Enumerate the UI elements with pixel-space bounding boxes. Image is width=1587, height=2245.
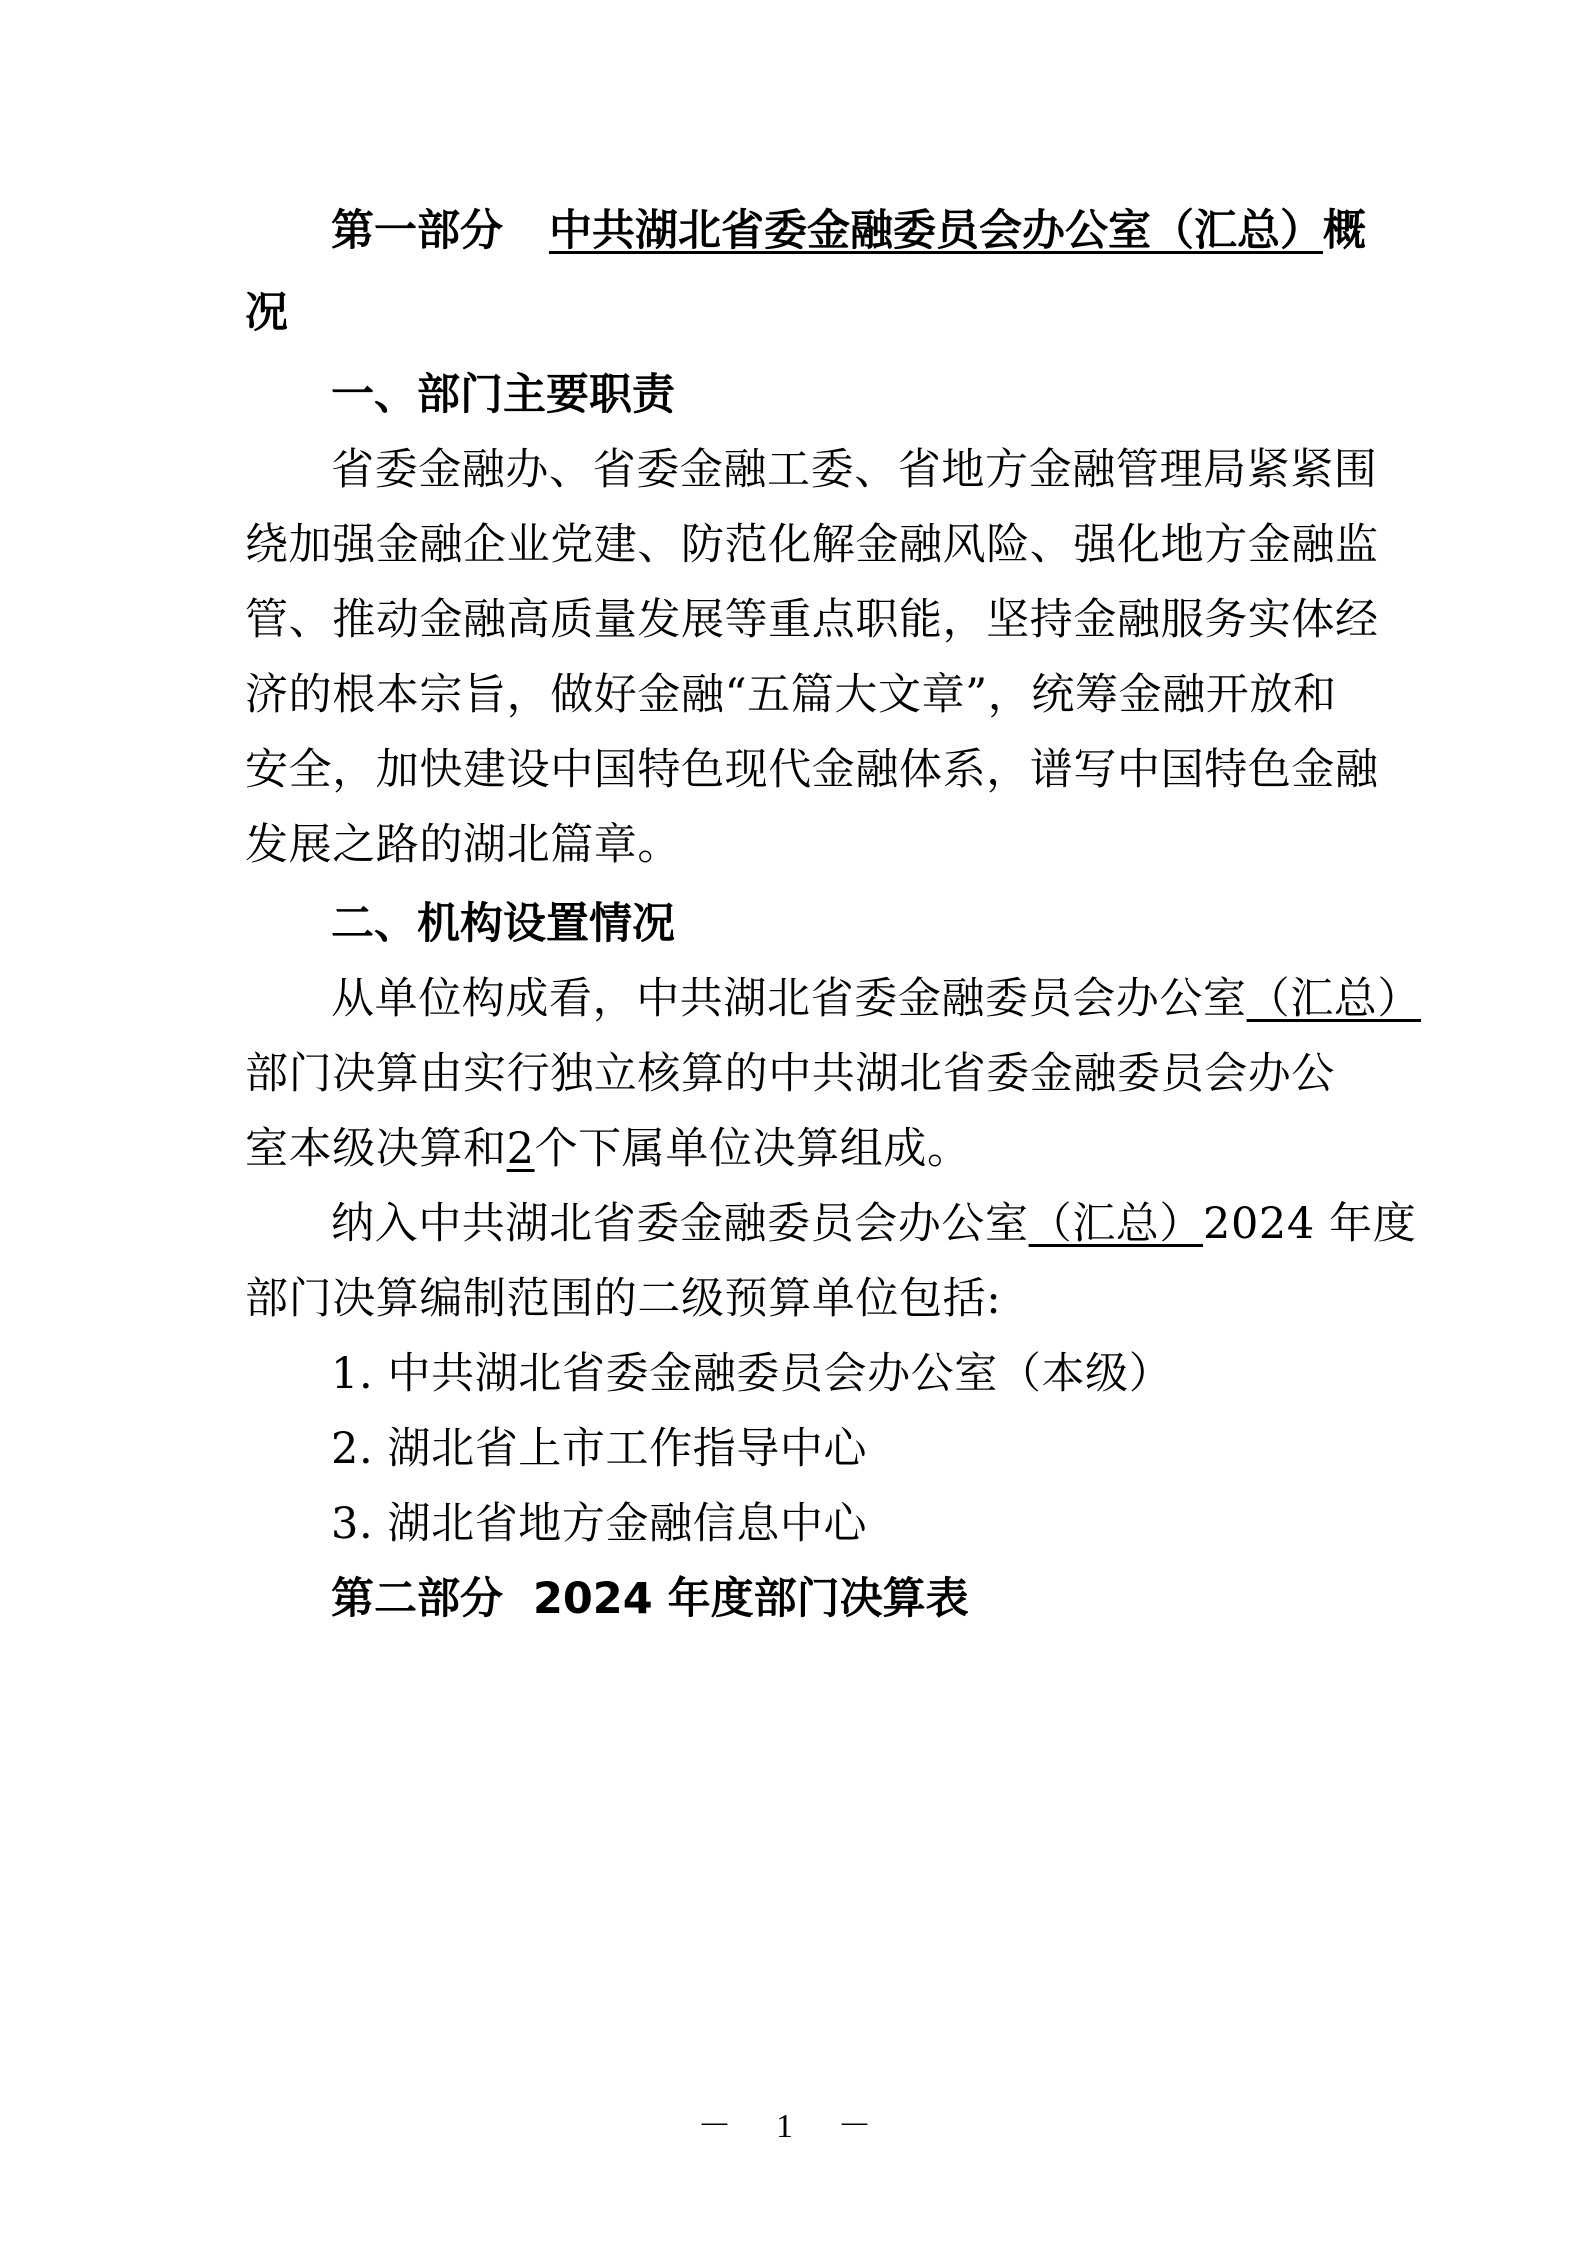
para2-text: 纳入中共湖北省委金融委员会办公室 xyxy=(331,1199,1029,1249)
part1-org-name: 中共湖北省委金融委员会办公室（汇总） xyxy=(549,206,1323,256)
section1-line: 发展之路的湖北篇章。 xyxy=(245,808,1345,883)
part1-suffix-1: 概 xyxy=(1323,206,1366,256)
section2-para1-line3: 室本级决算和2个下属单位决算组成。 xyxy=(245,1112,1345,1187)
section2-para1-line2: 部门决算由实行独立核算的中共湖北省委金融委员会办公 xyxy=(245,1037,1345,1112)
section1-heading: 一、部门主要职责 xyxy=(245,358,1345,433)
unit-list-item: 3. 湖北省地方金融信息中心 xyxy=(245,1487,1345,1562)
section1-line: 省委金融办、省委金融工委、省地方金融管理局紧紧围 xyxy=(245,433,1345,508)
section1-line: 安全，加快建设中国特色现代金融体系，谱写中国特色金融 xyxy=(245,733,1345,808)
section1-line: 绕加强金融企业党建、防范化解金融风险、强化地方金融监 xyxy=(245,508,1345,583)
para1-underlined: （汇总） xyxy=(1247,974,1421,1024)
part1-title-cont: 况 xyxy=(245,272,1345,354)
page-content: 第一部分 中共湖北省委金融委员会办公室（汇总）概 况 一、部门主要职责 省委金融… xyxy=(245,190,1345,1637)
part1-prefix: 第一部分 xyxy=(331,206,503,256)
section1-line: 济的根本宗旨，做好金融“五篇大文章”，统筹金融开放和 xyxy=(245,658,1345,733)
para2-underlined: （汇总） xyxy=(1029,1199,1203,1249)
subunit-count: 2 xyxy=(507,1124,535,1174)
section2-heading: 二、机构设置情况 xyxy=(245,887,1345,962)
section1-line: 管、推动金融高质量发展等重点职能，坚持金融服务实体经 xyxy=(245,583,1345,658)
part1-suffix-2: 况 xyxy=(245,288,288,338)
page-number: － 1 － xyxy=(0,2098,1587,2147)
section2-para2-line2: 部门决算编制范围的二级预算单位包括: xyxy=(245,1262,1345,1337)
para2-year: 2024 年度 xyxy=(1203,1199,1416,1249)
section2-para2-line1: 纳入中共湖北省委金融委员会办公室（汇总）2024 年度 xyxy=(245,1187,1345,1262)
para1-text: 从单位构成看，中共湖北省委金融委员会办公室 xyxy=(331,974,1247,1024)
unit-list-item: 1. 中共湖北省委金融委员会办公室（本级） xyxy=(245,1337,1345,1412)
para1-line3-after: 个下属单位决算组成。 xyxy=(535,1124,971,1174)
part2-heading: 第二部分 2024 年度部门决算表 xyxy=(245,1562,1345,1637)
document-page: 第一部分 中共湖北省委金融委员会办公室（汇总）概 况 一、部门主要职责 省委金融… xyxy=(0,0,1587,2245)
unit-list-item: 2. 湖北省上市工作指导中心 xyxy=(245,1412,1345,1487)
para1-line3-before: 室本级决算和 xyxy=(245,1124,507,1174)
section2-para1-line1: 从单位构成看，中共湖北省委金融委员会办公室（汇总） xyxy=(245,962,1345,1037)
part1-title: 第一部分 中共湖北省委金融委员会办公室（汇总）概 xyxy=(245,190,1345,272)
